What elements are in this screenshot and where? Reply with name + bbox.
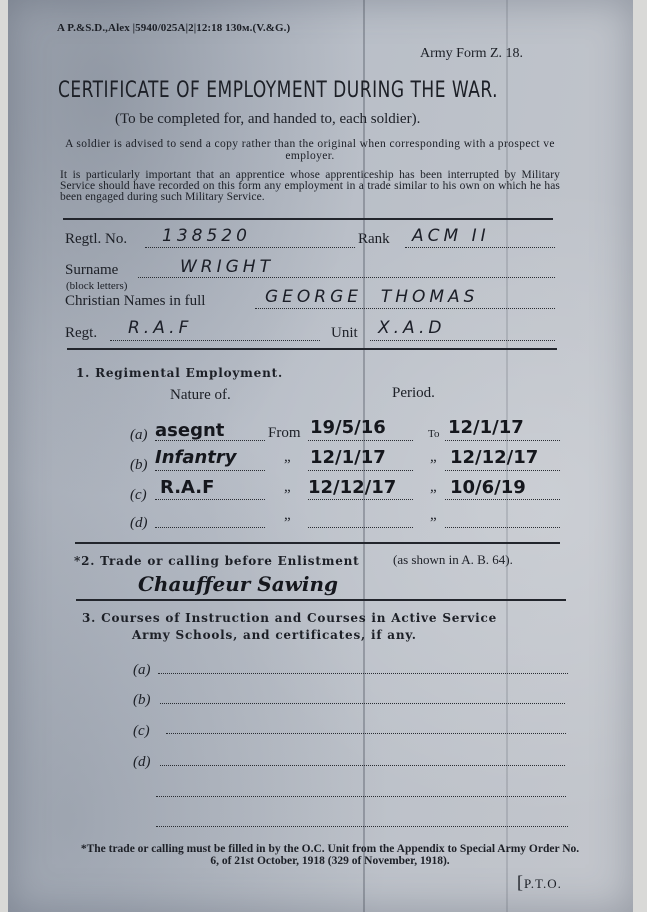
- courses-heading: 3. Courses of Instruction and Courses in…: [82, 611, 497, 625]
- from-line: [308, 440, 413, 441]
- to-line: [445, 470, 560, 471]
- divider: [75, 542, 560, 544]
- regtl-no-label: Regtl. No.: [65, 231, 127, 248]
- nature-line: [155, 470, 265, 471]
- trade-heading-suffix: (as shown in A. B. 64).: [393, 552, 513, 568]
- row-letter: (b): [130, 457, 148, 474]
- form-number: Army Form Z. 18.: [420, 46, 523, 62]
- rank-label: Rank: [358, 231, 390, 248]
- rank-field[interactable]: ACM II: [412, 226, 490, 246]
- to-date-field[interactable]: 12/12/17: [450, 447, 538, 468]
- from-label: From: [268, 425, 301, 442]
- from-line: [308, 470, 413, 471]
- period-column-label: Period.: [392, 385, 435, 402]
- nature-field[interactable]: asegnt: [155, 420, 224, 441]
- ditto-mark: ”: [430, 487, 437, 504]
- footnote: *The trade or calling must be filled in …: [80, 843, 580, 867]
- course-extra-line[interactable]: [156, 796, 566, 797]
- surname-label: Surname: [65, 262, 118, 279]
- rank-line: [405, 247, 555, 248]
- to-date-field[interactable]: 10/6/19: [450, 477, 526, 498]
- divider: [63, 218, 553, 220]
- christian-names-label: Christian Names in full: [65, 293, 205, 310]
- from-date-field[interactable]: 19/5/16: [310, 417, 386, 438]
- row-letter: (a): [130, 427, 148, 444]
- trade-field[interactable]: Chauffeur Sawing: [138, 572, 338, 596]
- from-line: [308, 527, 413, 528]
- row-letter: (d): [130, 515, 148, 532]
- page-title: CERTIFICATE OF EMPLOYMENT DURING THE WAR…: [58, 78, 498, 103]
- regimental-employment-heading: 1. Regimental Employment.: [76, 366, 283, 380]
- unit-label: Unit: [331, 325, 358, 342]
- surname-line: [138, 277, 555, 278]
- course-b-field[interactable]: [160, 703, 565, 704]
- surname-field[interactable]: WRIGHT: [180, 257, 274, 277]
- courses-heading-2: Army Schools, and certificates, if any.: [132, 628, 417, 642]
- nature-line: [155, 527, 265, 528]
- row-letter: (c): [130, 487, 147, 504]
- from-date-field[interactable]: 12/1/17: [310, 447, 386, 468]
- course-letter: (d): [133, 754, 151, 771]
- regtl-no-field[interactable]: 138520: [162, 226, 251, 246]
- course-c-field[interactable]: [166, 733, 566, 734]
- ditto-mark: ”: [430, 515, 437, 532]
- ditto-mark: ”: [430, 457, 437, 474]
- course-letter: (b): [133, 692, 151, 709]
- nature-line: [155, 499, 265, 500]
- christian-names-line: [255, 308, 555, 309]
- divider: [67, 348, 557, 350]
- pto-marker: P.T.O.: [517, 872, 562, 893]
- ditto-mark: ”: [284, 515, 291, 532]
- regt-line: [110, 340, 320, 341]
- unit-line: [370, 340, 555, 341]
- print-reference: A P.&S.D.,Alex |5940/025A|2|12:18 130м.(…: [57, 22, 290, 34]
- ditto-mark: ”: [284, 457, 291, 474]
- ditto-mark: ”: [284, 487, 291, 504]
- to-line: [445, 440, 560, 441]
- regt-field[interactable]: R.A.F: [128, 318, 192, 338]
- from-line: [308, 499, 413, 500]
- surname-hint: (block letters): [66, 280, 127, 292]
- subtitle: (To be completed for, and handed to, eac…: [115, 111, 420, 128]
- christian-names-field[interactable]: GEORGE THOMAS: [265, 287, 478, 307]
- to-line: [445, 527, 560, 528]
- course-letter: (a): [133, 662, 151, 679]
- divider: [76, 599, 566, 601]
- advice-text: A soldier is advised to send a copy rath…: [60, 138, 560, 162]
- nature-column-label: Nature of.: [170, 387, 231, 404]
- to-label: To: [428, 428, 439, 440]
- regt-label: Regt.: [65, 325, 97, 342]
- course-a-field[interactable]: [158, 673, 568, 674]
- from-date-field[interactable]: 12/12/17: [308, 477, 396, 498]
- nature-field[interactable]: R.A.F: [160, 477, 214, 498]
- unit-field[interactable]: X.A.D: [378, 318, 446, 338]
- important-note: It is particularly important that an app…: [60, 170, 560, 203]
- nature-field[interactable]: Infantry: [155, 447, 237, 468]
- trade-heading: *2. Trade or calling before Enlistment: [74, 554, 360, 568]
- to-line: [445, 499, 560, 500]
- regtl-no-line: [145, 247, 355, 248]
- course-d-field[interactable]: [160, 765, 565, 766]
- course-letter: (c): [133, 723, 150, 740]
- to-date-field[interactable]: 12/1/17: [448, 417, 524, 438]
- course-extra-line[interactable]: [156, 826, 568, 827]
